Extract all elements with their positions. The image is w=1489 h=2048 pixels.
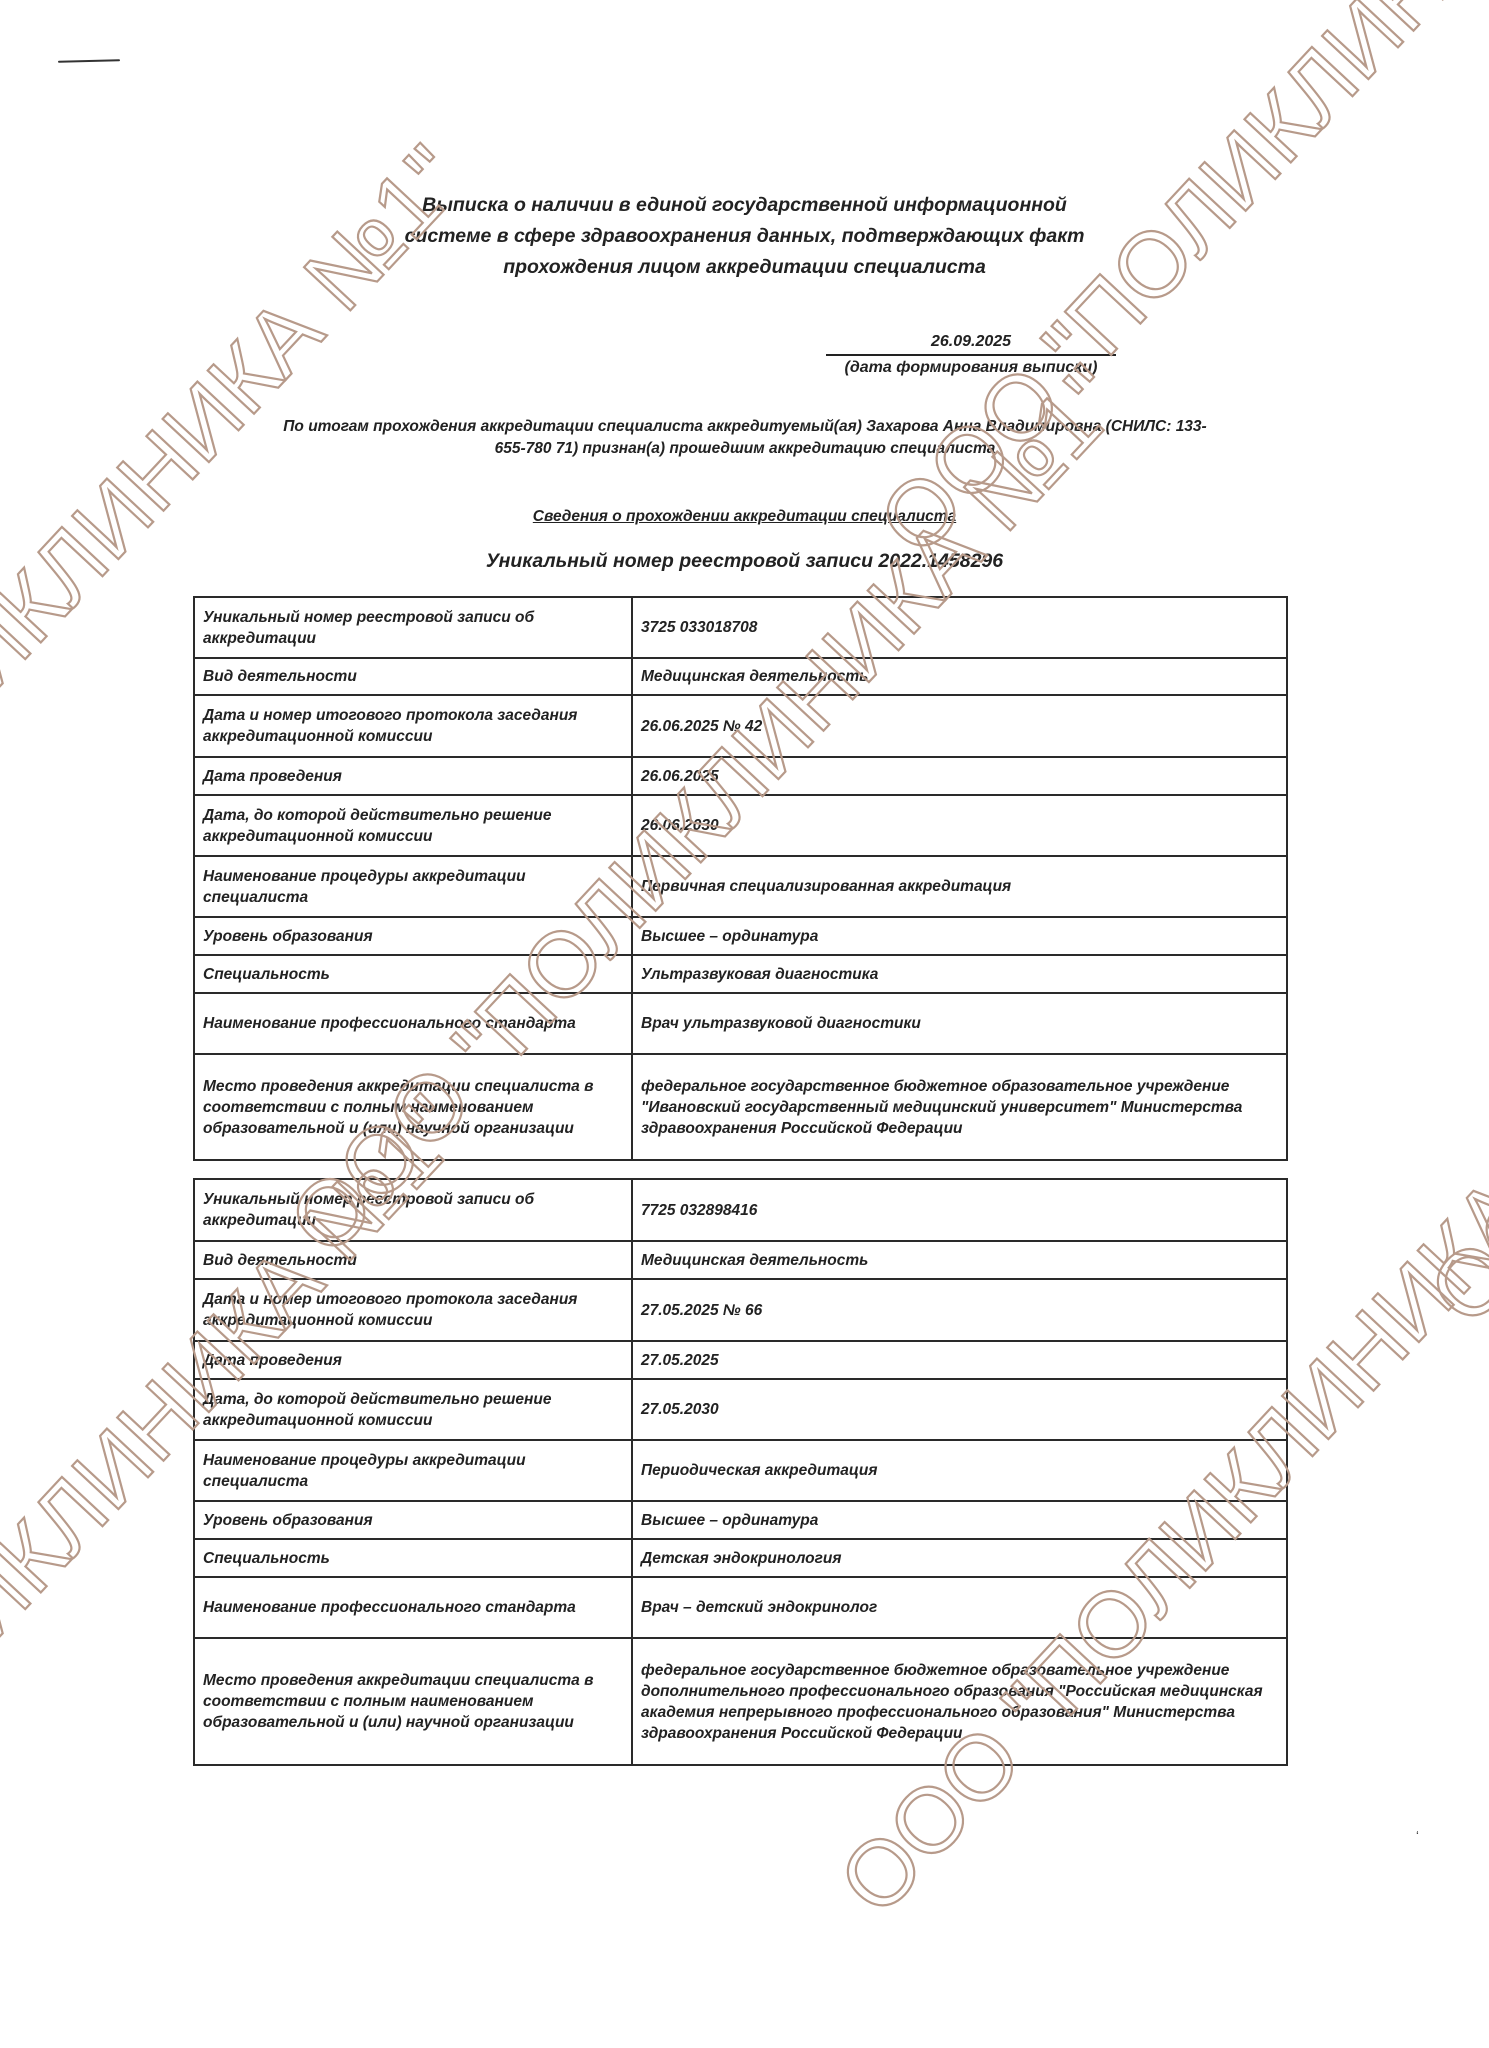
row-value: Первичная специализированная аккредитаци… — [632, 856, 1287, 917]
table-row: Уникальный номер реестровой записи об ак… — [194, 1179, 1287, 1241]
accreditation-record-table: Уникальный номер реестровой записи об ак… — [193, 596, 1288, 1161]
table-row: Уникальный номер реестровой записи об ак… — [194, 597, 1287, 658]
table-row: Дата и номер итогового протокола заседан… — [194, 1279, 1287, 1341]
row-label: Дата проведения — [194, 1341, 632, 1379]
row-label: Дата, до которой действительно решение а… — [194, 1379, 632, 1440]
registry-number: Уникальный номер реестровой записи 2022.… — [0, 550, 1489, 573]
row-label: Наименование профессионального стандарта — [194, 1577, 632, 1638]
row-value: 7725 032898416 — [632, 1179, 1287, 1241]
watermark-text: ООО "ПОЛИКЛИНИКА №1" — [860, 0, 1489, 574]
row-value: Высшее – ординатура — [632, 917, 1287, 955]
accreditation-record-table: Уникальный номер реестровой записи об ак… — [193, 1178, 1288, 1766]
document-title: Выписка о наличии в единой государственн… — [0, 190, 1489, 283]
row-label: Уникальный номер реестровой записи об ак… — [194, 597, 632, 658]
row-label: Наименование профессионального стандарта — [194, 993, 632, 1054]
row-value: Детская эндокринология — [632, 1539, 1287, 1577]
issue-date: 26.09.2025 — [826, 333, 1116, 356]
pen-mark — [58, 59, 120, 63]
row-value: Медицинская деятельность — [632, 1241, 1287, 1279]
table-row: Наименование процедуры аккредитации спец… — [194, 856, 1287, 917]
row-value: Периодическая аккредитация — [632, 1440, 1287, 1501]
row-value: Ультразвуковая диагностика — [632, 955, 1287, 993]
table-row: Дата и номер итогового протокола заседан… — [194, 695, 1287, 757]
table-row: Уровень образованияВысшее – ординатура — [194, 1501, 1287, 1539]
row-value: 27.05.2025 № 66 — [632, 1279, 1287, 1341]
row-label: Специальность — [194, 1539, 632, 1577]
row-label: Уровень образования — [194, 1501, 632, 1539]
section-title: Сведения о прохождении аккредитации спец… — [0, 508, 1489, 526]
row-label: Дата проведения — [194, 757, 632, 795]
row-label: Уникальный номер реестровой записи об ак… — [194, 1179, 632, 1241]
issue-date-caption: (дата формирования выписки) — [826, 356, 1116, 377]
table-row: Наименование профессионального стандарта… — [194, 993, 1287, 1054]
document-page: Выписка о наличии в единой государственн… — [0, 0, 1489, 2048]
row-label: Специальность — [194, 955, 632, 993]
scan-speck: ‘ — [1416, 1828, 1419, 1843]
row-label: Дата, до которой действительно решение а… — [194, 795, 632, 856]
table-row: Наименование процедуры аккредитации спец… — [194, 1440, 1287, 1501]
row-label: Наименование процедуры аккредитации спец… — [194, 856, 632, 917]
title-line: системе в сфере здравоохранения данных, … — [0, 221, 1489, 252]
table-row: Вид деятельностиМедицинская деятельность — [194, 1241, 1287, 1279]
table-row: Вид деятельностиМедицинская деятельность — [194, 658, 1287, 695]
table-row: СпециальностьУльтразвуковая диагностика — [194, 955, 1287, 993]
row-value: 26.06.2025 — [632, 757, 1287, 795]
table-row: Дата, до которой действительно решение а… — [194, 795, 1287, 856]
row-label: Дата и номер итогового протокола заседан… — [194, 695, 632, 757]
row-value: 27.05.2030 — [632, 1379, 1287, 1440]
row-value: 26.06.2030 — [632, 795, 1287, 856]
row-label: Место проведения аккредитации специалист… — [194, 1638, 632, 1765]
row-value: федеральное государственное бюджетное об… — [632, 1054, 1287, 1160]
issue-date-block: 26.09.2025 (дата формирования выписки) — [826, 333, 1116, 377]
table-row: Наименование профессионального стандарта… — [194, 1577, 1287, 1638]
row-label: Дата и номер итогового протокола заседан… — [194, 1279, 632, 1341]
row-label: Вид деятельности — [194, 1241, 632, 1279]
intro-line: 655-780 71) признан(а) прошедшим аккреди… — [190, 438, 1300, 460]
table-row: Место проведения аккредитации специалист… — [194, 1054, 1287, 1160]
row-value: Медицинская деятельность — [632, 658, 1287, 695]
row-value: 27.05.2025 — [632, 1341, 1287, 1379]
table-row: Уровень образованияВысшее – ординатура — [194, 917, 1287, 955]
row-value: Высшее – ординатура — [632, 1501, 1287, 1539]
row-value: Врач ультразвуковой диагностики — [632, 993, 1287, 1054]
row-value: 3725 033018708 — [632, 597, 1287, 658]
intro-line: По итогам прохождения аккредитации специ… — [190, 416, 1300, 438]
intro-paragraph: По итогам прохождения аккредитации специ… — [190, 416, 1300, 460]
table-row: СпециальностьДетская эндокринология — [194, 1539, 1287, 1577]
title-line: прохождения лицом аккредитации специалис… — [0, 252, 1489, 283]
row-label: Наименование процедуры аккредитации спец… — [194, 1440, 632, 1501]
table-row: Дата проведения27.05.2025 — [194, 1341, 1287, 1379]
table-row: Дата проведения26.06.2025 — [194, 757, 1287, 795]
row-label: Вид деятельности — [194, 658, 632, 695]
row-value: Врач – детский эндокринолог — [632, 1577, 1287, 1638]
title-line: Выписка о наличии в единой государственн… — [0, 190, 1489, 221]
row-label: Уровень образования — [194, 917, 632, 955]
row-label: Место проведения аккредитации специалист… — [194, 1054, 632, 1160]
table-row: Место проведения аккредитации специалист… — [194, 1638, 1287, 1765]
row-value: 26.06.2025 № 42 — [632, 695, 1287, 757]
row-value: федеральное государственное бюджетное об… — [632, 1638, 1287, 1765]
table-row: Дата, до которой действительно решение а… — [194, 1379, 1287, 1440]
